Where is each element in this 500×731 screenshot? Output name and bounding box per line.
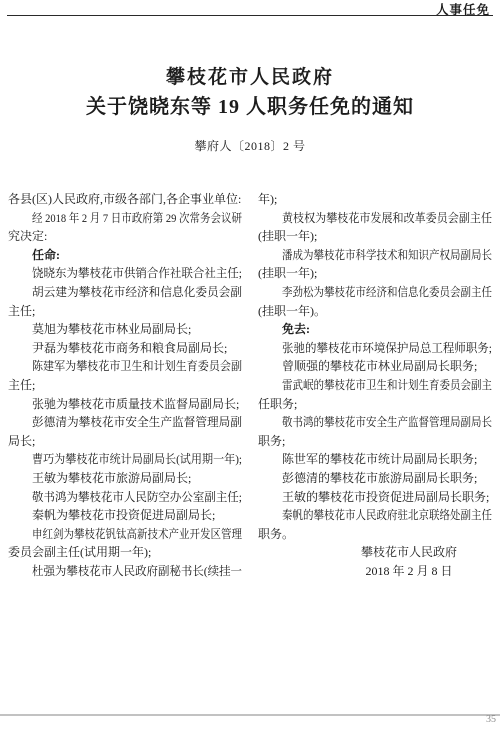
text-line: 秦帆为攀枝花市投资促进局副局长; — [8, 506, 242, 525]
text-line: 王敏的攀枝花市投资促进局副局长职务; — [258, 488, 492, 507]
text-line: 经 2018 年 2 月 7 日市政府第 29 次常务会议研 — [8, 209, 242, 228]
text-line: 潘成为攀枝花市科学技术和知识产权局副局长 — [258, 246, 492, 265]
text-line: (挂职一年); — [258, 264, 492, 283]
text-line: 张驰的攀枝花市环境保护局总工程师职务; — [258, 339, 492, 358]
document-number: 攀府人〔2018〕2 号 — [0, 137, 500, 154]
text-line: 陈世军的攀枝花市统计局副局长职务; — [258, 450, 492, 469]
text-line: 申红剑为攀枝花钒钛高新技术产业开发区管理 — [8, 525, 242, 544]
text-line: 免去: — [258, 320, 492, 339]
text-line: 曾顺强的攀枝花市林业局副局长职务; — [258, 357, 492, 376]
header-rule — [7, 15, 493, 16]
text-line: 敬书鸿为攀枝花市人民防空办公室副主任; — [8, 488, 242, 507]
signature-date: 2018 年 2 月 8 日 — [326, 562, 492, 581]
text-line: 职务。 — [258, 525, 492, 544]
text-line: 任命: — [8, 246, 242, 265]
body-columns: 各县(区)人民政府,市级各部门,各企事业单位:经 2018 年 2 月 7 日市… — [8, 190, 492, 580]
text-line: 主任; — [8, 376, 242, 395]
text-line: 尹磊为攀枝花市商务和粮食局副局长; — [8, 339, 242, 358]
text-line: 职务; — [258, 432, 492, 451]
text-line: (挂职一年); — [258, 227, 492, 246]
footer-rule — [0, 714, 500, 716]
title-line-1: 攀枝花市人民政府 — [0, 63, 500, 92]
text-line: 究决定: — [8, 227, 242, 246]
right-column: 年);黄枝权为攀枝花市发展和改革委员会副主任(挂职一年);潘成为攀枝花市科学技术… — [258, 190, 492, 580]
title-block: 攀枝花市人民政府 关于饶晓东等 19 人职务任免的通知 攀府人〔2018〕2 号 — [0, 63, 500, 154]
text-line: 饶晓东为攀枝花市供销合作社联合社主任; — [8, 264, 242, 283]
text-line: 雷武岷的攀枝花市卫生和计划生育委员会副主 — [258, 376, 492, 395]
text-line: 莫旭为攀枝花市林业局副局长; — [8, 320, 242, 339]
text-line: 彭德清为攀枝花市安全生产监督管理局副 — [8, 413, 242, 432]
text-line: 黄枝权为攀枝花市发展和改革委员会副主任 — [258, 209, 492, 228]
text-line: 胡云建为攀枝花市经济和信息化委员会副 — [8, 283, 242, 302]
title-line-2: 关于饶晓东等 19 人职务任免的通知 — [0, 92, 500, 122]
text-line: 李劲松为攀枝花市经济和信息化委员会副主任 — [258, 283, 492, 302]
text-line: 陈建军为攀枝花市卫生和计划生育委员会副 — [8, 357, 242, 376]
text-line: 彭德清的攀枝花市旅游局副局长职务; — [258, 469, 492, 488]
text-line: 王敏为攀枝花市旅游局副局长; — [8, 469, 242, 488]
left-column: 各县(区)人民政府,市级各部门,各企事业单位:经 2018 年 2 月 7 日市… — [8, 190, 242, 580]
signature-org: 攀枝花市人民政府 — [326, 543, 492, 562]
signature-block: 攀枝花市人民政府2018 年 2 月 8 日 — [258, 543, 492, 580]
page-number: 35 — [486, 714, 496, 725]
text-line: 张驰为攀枝花市质量技术监督局副局长; — [8, 395, 242, 414]
text-line: 敬书鸿的攀枝花市安全生产监督管理局副局长 — [258, 413, 492, 432]
text-line: (挂职一年)。 — [258, 302, 492, 321]
text-line: 年); — [258, 190, 492, 209]
text-line: 委员会副主任(试用期一年); — [8, 543, 242, 562]
text-line: 杜强为攀枝花市人民政府副秘书长(续挂一 — [8, 562, 242, 581]
text-line: 秦帆的攀枝花市人民政府驻北京联络处副主任 — [258, 506, 492, 525]
text-line: 局长; — [8, 432, 242, 451]
document-page: 人事任免 攀枝花市人民政府 关于饶晓东等 19 人职务任免的通知 攀府人〔201… — [0, 0, 500, 731]
text-line: 主任; — [8, 302, 242, 321]
text-line: 任职务; — [258, 395, 492, 414]
text-line: 各县(区)人民政府,市级各部门,各企事业单位: — [8, 190, 242, 209]
text-line: 曹巧为攀枝花市统计局副局长(试用期一年); — [8, 450, 242, 469]
